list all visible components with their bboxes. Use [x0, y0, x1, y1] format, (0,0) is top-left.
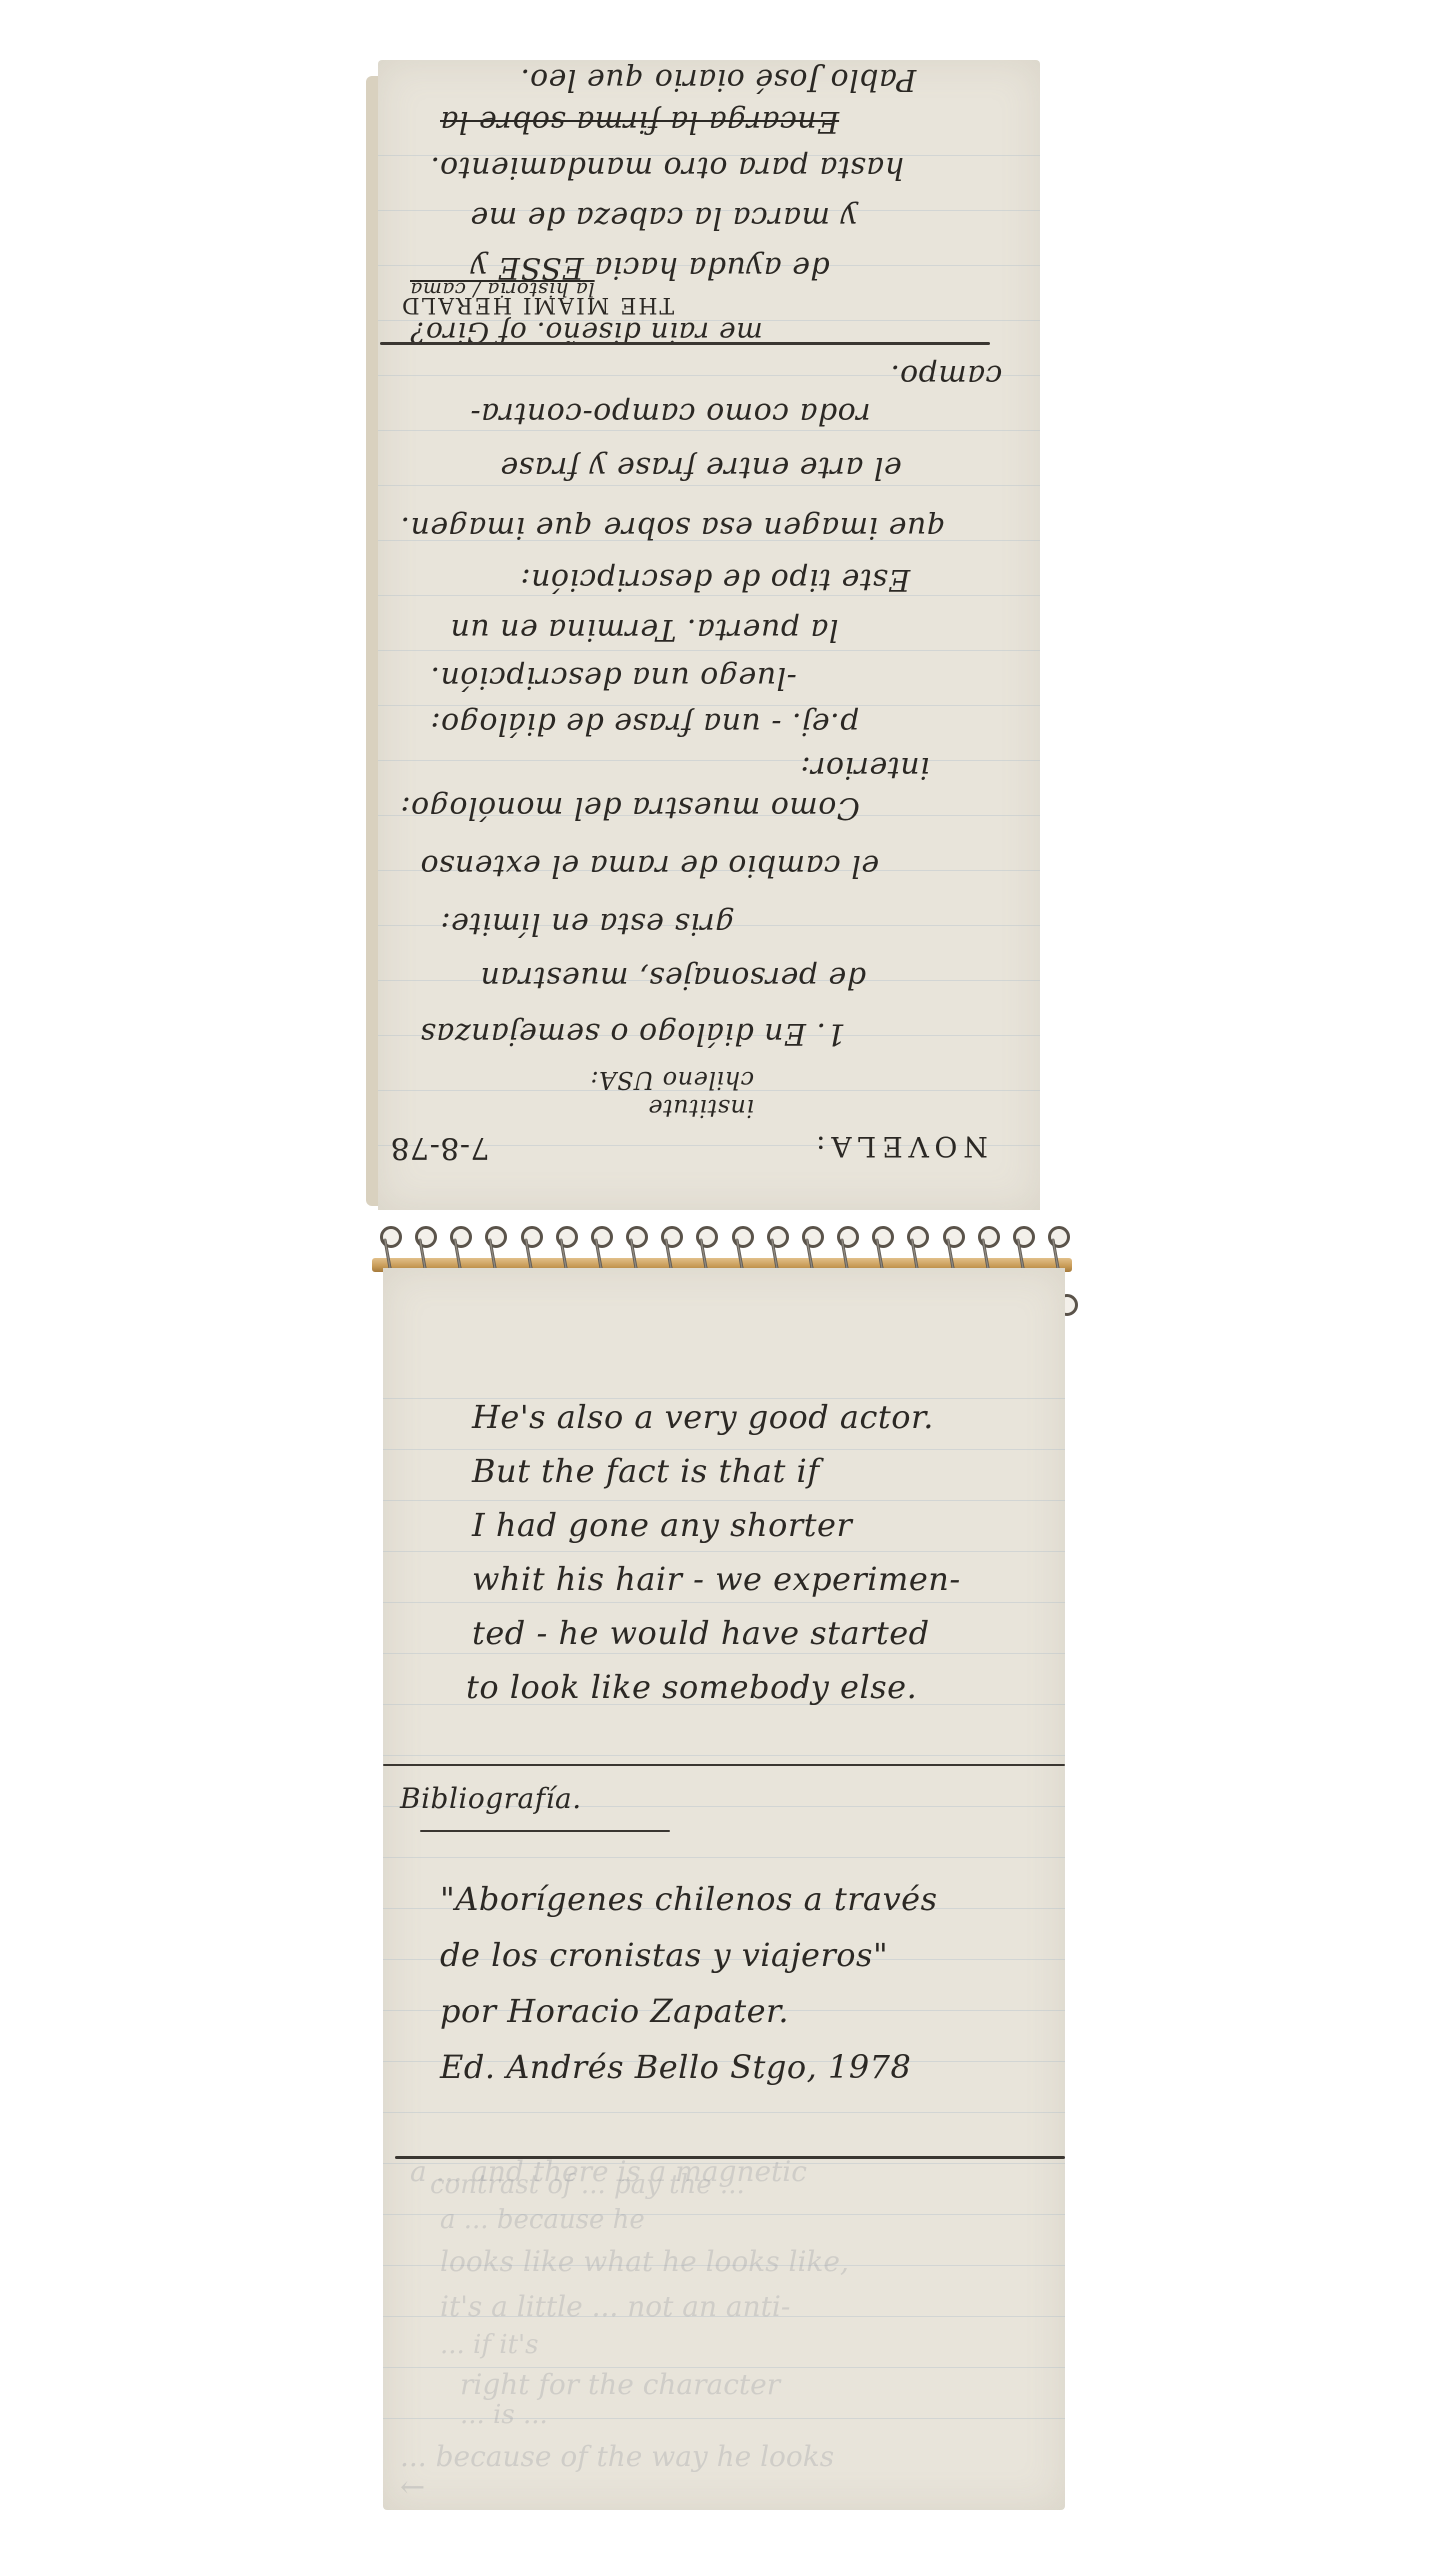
quote-line-2: But the fact is that if	[472, 1452, 820, 1490]
bibliography-line-1: "Aborígenes chilenos a través	[440, 1880, 938, 1918]
top-line-12: que imagen esa sobre que imagen.	[400, 510, 946, 545]
top-line-19: el cambio de rama el extenso	[420, 848, 879, 883]
top-line-11: el arte entre frase y frase	[500, 450, 902, 485]
bleed-through-6: ... if it's	[440, 2330, 539, 2360]
quote-line-5: ted - he would have started	[472, 1614, 930, 1652]
top-line-14: la puerta. Termina en un	[450, 612, 838, 647]
quote-line-3: I had gone any shorter	[472, 1506, 852, 1544]
bibliography-line-4: Ed. Andrés Bello Stgo, 1978	[440, 2048, 911, 2086]
top-line-20: gris esta en límite:	[440, 906, 734, 941]
bleed-through-8: ... is ...	[460, 2400, 548, 2430]
bleed-through-2: contrast of ... pay the ...	[430, 2170, 745, 2200]
bibliography-bottom-rule	[395, 2156, 1065, 2159]
top-line-8: la historia / cama	[410, 278, 595, 302]
top-line-13: Este tipo de descripción:	[520, 562, 910, 597]
bleed-through-5: it's a little ... not an anti-	[440, 2290, 790, 2323]
top-line-17: interior:	[800, 750, 930, 785]
top-line-15: -luego una descripción.	[430, 660, 797, 695]
quote-line-4: whit his hair - we experimen-	[472, 1560, 961, 1598]
top-line-9: campo.	[890, 358, 1002, 393]
quote-line-1: He's also a very good actor.	[472, 1398, 934, 1436]
top-header-date: 7-8-78	[390, 1130, 490, 1165]
top-line-1: Pablo José oiario que leo.	[520, 62, 916, 97]
top-line-18: Como muestra del monólogo:	[400, 790, 860, 825]
bleed-through-7: right for the character	[460, 2368, 780, 2401]
top-header-title: NOVELA:	[810, 1130, 988, 1163]
bleed-through-9: ... because of the way he looks	[400, 2440, 834, 2473]
top-line-16: p.ej. - una frase de diálogo:	[430, 706, 859, 741]
top-line-3: hasta para otro mandamiento.	[430, 150, 904, 185]
bibliography-line-2: de los cronistas y viajeros"	[440, 1936, 888, 1974]
top-line-10: roda como campo-contra-	[470, 396, 871, 431]
top-line-21: de personajes, muestran	[480, 960, 866, 995]
bleed-through-arrow: ←	[400, 2470, 425, 2505]
top-subheader: institute chileno USA:	[590, 1066, 754, 1122]
top-line-2: Encarga la firma sobre la	[440, 104, 839, 139]
bibliography-title: Bibliografía.	[400, 1782, 582, 1815]
bibliography-title-underline	[420, 1830, 670, 1832]
bleed-through-4: looks like what he looks like,	[440, 2245, 849, 2278]
top-line-4: y marca la cabeza de me	[470, 200, 857, 235]
top-divider-rule	[380, 342, 990, 345]
top-line-22: 1. En diálogo o semejanzas	[420, 1016, 846, 1051]
quote-line-6: to look like somebody else.	[466, 1668, 917, 1706]
bibliography-line-3: por Horacio Zapater.	[440, 1992, 789, 2030]
bleed-through-3: a ... because he	[440, 2205, 645, 2235]
bibliography-top-rule	[383, 1764, 1065, 1766]
